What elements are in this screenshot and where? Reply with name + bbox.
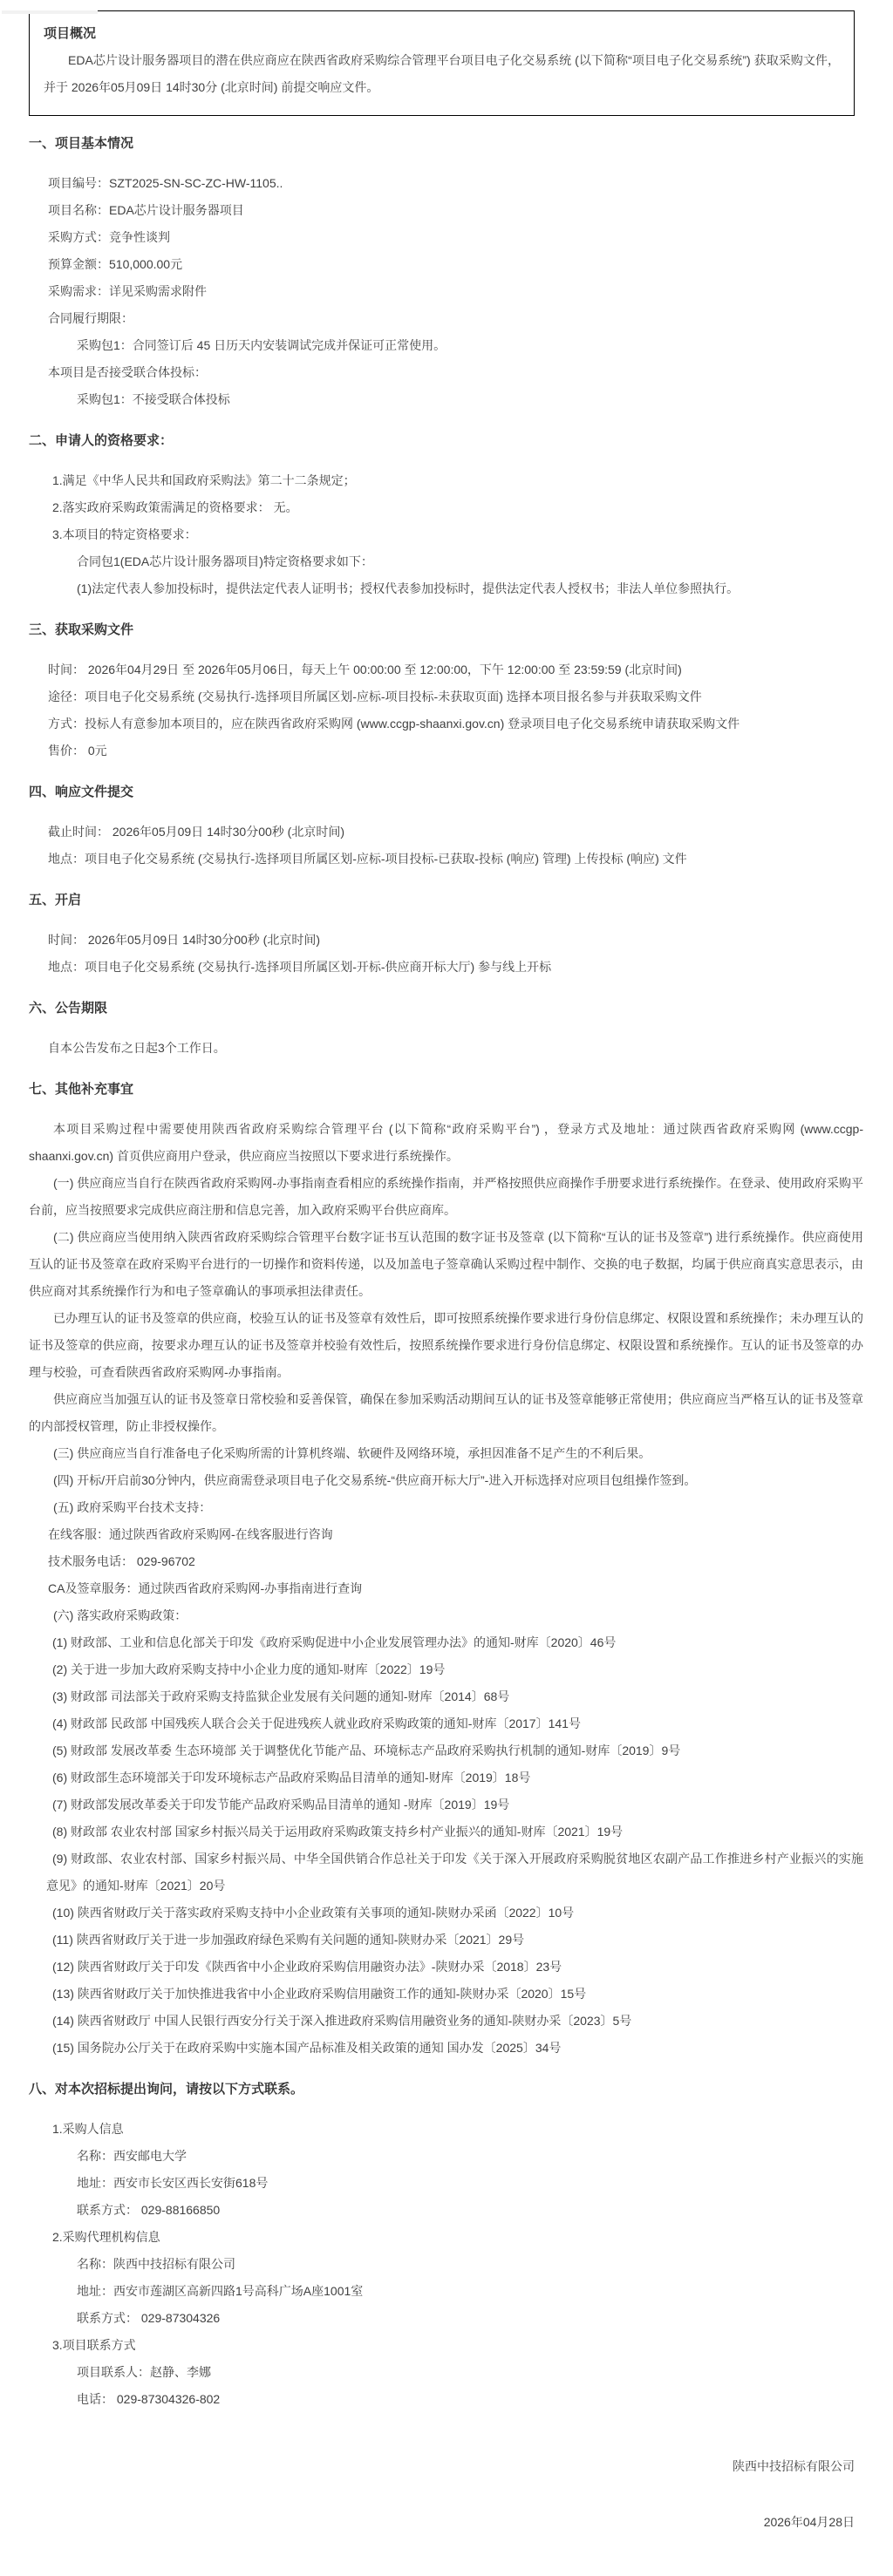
field-project-number: 项目编号：SZT2025-SN-SC-ZC-HW-1105.. — [48, 170, 863, 197]
field-opening-time: 时间： 2026年05月09日 14时30分00秒 (北京时间) — [48, 927, 863, 954]
field-budget-amount: 预算金额：510,000.00元 — [48, 251, 863, 278]
agency-phone: 联系方式： 029-87304326 — [77, 2305, 863, 2332]
purchaser-address: 地址：西安市长安区西长安街618号 — [77, 2170, 863, 2197]
field-opening-location: 地点：项目电子化交易系统 (交易执行-选择项目所属区划-开标-供应商开标大厅) … — [48, 954, 863, 981]
section-qualification-heading: 二、申请人的资格要求： — [29, 427, 863, 454]
section-opening-heading: 五、开启 — [29, 887, 863, 914]
policy-item: (8) 财政部 农业农村部 国家乡村振兴局关于运用政府采购政策支持乡村产业振兴的… — [46, 1818, 863, 1845]
signature-company: 陕西中技招标有限公司 — [29, 2453, 855, 2480]
purchaser-info-title: 1.采购人信息 — [46, 2116, 863, 2143]
policy-item: (14) 陕西省财政厅 中国人民银行西安分行关于深入推进政府采购信用融资业务的通… — [46, 2008, 863, 2035]
section-basic-info-heading: 一、项目基本情况 — [29, 130, 863, 157]
procurement-announcement-document: 项目概况 EDA芯片设计服务器项目的潜在供应商应在陕西省政府采购综合管理平台项目… — [0, 10, 893, 2576]
policy-item: (4) 财政部 民政部 中国残疾人联合会关于促进残疾人就业政府采购政策的通知-财… — [46, 1710, 863, 1737]
section-announcement-period: 六、公告期限 自本公告发布之日起3个工作日。 — [29, 995, 863, 1062]
announcement-period-text: 自本公告发布之日起3个工作日。 — [48, 1035, 863, 1062]
signature-block: 陕西中技招标有限公司 2026年04月28日 — [29, 2453, 863, 2536]
other-matters-intro: 本项目采购过程中需要使用陕西省政府采购综合管理平台 (以下简称“政府采购平台”)… — [29, 1116, 863, 1170]
other-matters-paragraph: 已办理互认的证书及签章的供应商，校验互认的证书及签章有效性后，即可按照系统操作要… — [29, 1305, 863, 1386]
purchaser-phone: 联系方式： 029-88166850 — [77, 2197, 863, 2224]
policy-item: (1) 财政部、工业和信息化部关于印发《政府采购促进中小企业发展管理办法》的通知… — [46, 1629, 863, 1656]
policy-item: (13) 陕西省财政厅关于加快推进我省中小企业政府采购信用融资工作的通知-陕财办… — [46, 1981, 863, 2008]
policy-item: (9) 财政部、农业农村部、国家乡村振兴局、中华全国供销合作总社关于印发《关于深… — [46, 1845, 863, 1900]
project-contact-phone: 电话： 029-87304326-802 — [77, 2386, 863, 2413]
section-announcement-period-heading: 六、公告期限 — [29, 995, 863, 1022]
field-obtain-channel: 途径：项目电子化交易系统 (交易执行-选择项目所属区划-应标-项目投标-未获取页… — [48, 683, 863, 710]
field-obtain-time: 时间： 2026年04月29日 至 2026年05月06日，每天上午 00:00… — [48, 656, 863, 683]
qualification-item: 1.满足《中华人民共和国政府采购法》第二十二条规定； — [46, 467, 863, 494]
field-submission-deadline: 截止时间： 2026年05月09日 14时30分00秒 (北京时间) — [48, 819, 863, 846]
agency-info-title: 2.采购代理机构信息 — [46, 2224, 863, 2251]
support-online-service: 在线客服：通过陕西省政府采购网-在线客服进行咨询 — [48, 1521, 863, 1548]
platform-support-heading: (五) 政府采购平台技术支持： — [29, 1494, 863, 1521]
field-consortium-package: 采购包1：不接受联合体投标 — [77, 386, 863, 413]
policy-item: (11) 陕西省财政厅关于进一步加强政府绿色采购有关问题的通知-陕财办采〔202… — [46, 1927, 863, 1954]
purchaser-name: 名称：西安邮电大学 — [77, 2143, 863, 2170]
section-qualification: 二、申请人的资格要求： 1.满足《中华人民共和国政府采购法》第二十二条规定； 2… — [29, 427, 863, 602]
policy-item: (3) 财政部 司法部关于政府采购支持监狱企业发展有关问题的通知-财库〔2014… — [46, 1683, 863, 1710]
field-procurement-demand: 采购需求：详见采购需求附件 — [48, 278, 863, 305]
section-obtain-documents: 三、获取采购文件 时间： 2026年04月29日 至 2026年05月06日，每… — [29, 616, 863, 765]
section-basic-info: 一、项目基本情况 项目编号：SZT2025-SN-SC-ZC-HW-1105..… — [29, 130, 863, 413]
qualification-package-note: 合同包1(EDA芯片设计服务器项目)特定资格要求如下： — [77, 548, 863, 575]
support-phone: 技术服务电话： 029-96702 — [48, 1548, 863, 1575]
field-project-name: 项目名称：EDA芯片设计服务器项目 — [48, 197, 863, 224]
top-edge-fragment — [2, 10, 98, 14]
policy-item: (7) 财政部发展改革委关于印发节能产品政府采购品目清单的通知 -财库〔2019… — [46, 1791, 863, 1818]
field-contract-period-package: 采购包1：合同签订后 45 日历天内安装调试完成并保证可正常使用。 — [77, 332, 863, 359]
policy-item: (12) 陕西省财政厅关于印发《陕西省中小企业政府采购信用融资办法》-陕财办采〔… — [46, 1954, 863, 1981]
overview-body: EDA芯片设计服务器项目的潜在供应商应在陕西省政府采购综合管理平台项目电子化交易… — [44, 47, 840, 101]
other-matters-paragraph: (三) 供应商应当自行准备电子化采购所需的计算机终端、软硬件及网络环境，承担因准… — [29, 1440, 863, 1467]
other-matters-paragraph: 供应商应当加强互认的证书及签章日常校验和妥善保管，确保在参加采购活动期间互认的证… — [29, 1386, 863, 1440]
agency-address: 地址：西安市莲湖区高新四路1号高科广场A座1001室 — [77, 2278, 863, 2305]
section-other-matters-heading: 七、其他补充事宜 — [29, 1076, 863, 1103]
agency-name: 名称：陕西中技招标有限公司 — [77, 2251, 863, 2278]
policy-item: (2) 关于进一步加大政府采购支持中小企业力度的通知-财库〔2022〕19号 — [46, 1656, 863, 1683]
project-overview-box: 项目概况 EDA芯片设计服务器项目的潜在供应商应在陕西省政府采购综合管理平台项目… — [29, 10, 855, 116]
project-contact-title: 3.项目联系方式 — [46, 2332, 863, 2359]
section-contact-heading: 八、对本次招标提出询问，请按以下方式联系。 — [29, 2076, 863, 2103]
policy-item: (5) 财政部 发展改革委 生态环境部 关于调整优化节能产品、环境标志产品政府采… — [46, 1737, 863, 1764]
section-response-submission-heading: 四、响应文件提交 — [29, 778, 863, 805]
qualification-item: 2.落实政府采购政策需满足的资格要求： 无。 — [46, 494, 863, 521]
field-obtain-price: 售价： 0元 — [48, 737, 863, 765]
field-obtain-method: 方式：投标人有意参加本项目的，应在陕西省政府采购网 (www.ccgp-shaa… — [48, 710, 863, 737]
field-contract-period-label: 合同履行期限： — [48, 305, 863, 332]
other-matters-paragraph: (四) 开标/开启前30分钟内，供应商需登录项目电子化交易系统-“供应商开标大厅… — [29, 1467, 863, 1494]
section-response-submission: 四、响应文件提交 截止时间： 2026年05月09日 14时30分00秒 (北京… — [29, 778, 863, 873]
qualification-package-detail: (1)法定代表人参加投标时，提供法定代表人证明书；授权代表参加投标时，提供法定代… — [77, 575, 863, 602]
field-procurement-method: 采购方式：竞争性谈判 — [48, 224, 863, 251]
support-ca-service: CA及签章服务：通过陕西省政府采购网-办事指南进行查询 — [48, 1575, 863, 1602]
project-contact-persons: 项目联系人：赵静、李娜 — [77, 2359, 863, 2386]
section-contact: 八、对本次招标提出询问，请按以下方式联系。 1.采购人信息 名称：西安邮电大学 … — [29, 2076, 863, 2413]
section-opening: 五、开启 时间： 2026年05月09日 14时30分00秒 (北京时间) 地点… — [29, 887, 863, 981]
overview-title: 项目概况 — [44, 20, 840, 47]
signature-date: 2026年04月28日 — [29, 2509, 855, 2536]
field-consortium-label: 本项目是否接受联合体投标： — [48, 359, 863, 386]
policy-item: (10) 陕西省财政厅关于落实政府采购支持中小企业政策有关事项的通知-陕财办采函… — [46, 1900, 863, 1927]
section-other-matters: 七、其他补充事宜 本项目采购过程中需要使用陕西省政府采购综合管理平台 (以下简称… — [29, 1076, 863, 2062]
field-submission-location: 地点：项目电子化交易系统 (交易执行-选择项目所属区划-应标-项目投标-已获取-… — [48, 846, 863, 873]
section-obtain-documents-heading: 三、获取采购文件 — [29, 616, 863, 643]
qualification-item: 3.本项目的特定资格要求： — [46, 521, 863, 548]
policy-item: (6) 财政部生态环境部关于印发环境标志产品政府采购品目清单的通知-财库〔201… — [46, 1764, 863, 1791]
other-matters-paragraph: (一) 供应商应当自行在陕西省政府采购网-办事指南查看相应的系统操作指南，并严格… — [29, 1170, 863, 1224]
policy-item: (15) 国务院办公厅关于在政府采购中实施本国产品标准及相关政策的通知 国办发〔… — [46, 2035, 863, 2062]
other-matters-paragraph: (二) 供应商应当使用纳入陕西省政府采购综合管理平台数字证书互认范围的数字证书及… — [29, 1224, 863, 1305]
policy-list-heading: (六) 落实政府采购政策： — [29, 1602, 863, 1629]
